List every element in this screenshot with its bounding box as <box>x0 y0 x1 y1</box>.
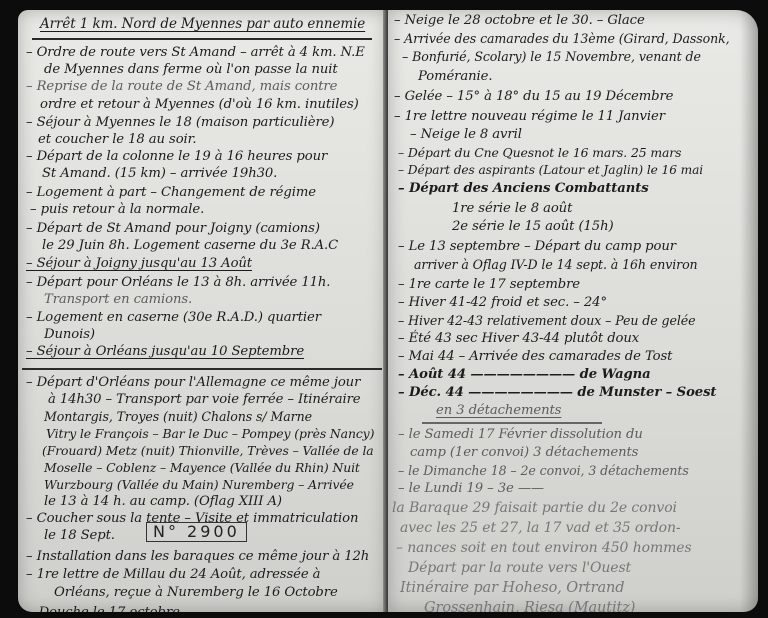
entry-line: de Myennes dans ferme où l'on passe la n… <box>44 61 338 78</box>
entry-line: Transport en camions. <box>44 291 192 308</box>
entry-line: et coucher le 18 au soir. <box>38 131 197 148</box>
entry-line: – le Dimanche 18 – 2e convoi, 3 détachem… <box>398 462 689 479</box>
notebook-spread: Arrêt 1 km. Nord de Myennes par auto enn… <box>0 0 768 618</box>
entry-line: Moselle – Coblenz – Mayence (Vallée du R… <box>44 459 360 476</box>
entry-line: Départ par la route vers l'Ouest <box>408 560 631 577</box>
entry-line: à 14h30 – Transport par voie ferrée – It… <box>48 391 361 408</box>
entry-line: Vitry le François – Bar le Duc – Pompey … <box>46 425 374 442</box>
entry-line: – Séjour à Joigny jusqu'au 13 Août <box>26 255 252 272</box>
entry-line: – Départ de la colonne le 19 à 16 heures… <box>26 148 327 165</box>
entry-line: 1re série le 8 août <box>452 200 572 217</box>
divider-rule <box>422 422 602 424</box>
entry-line: – Départ pour Orléans le 13 à 8h. arrivé… <box>26 274 330 291</box>
entry-line: – le Lundi 19 – 3e —— <box>398 480 544 497</box>
entry-line: Dunois) <box>44 326 95 343</box>
entry-line: – Départ du Cne Quesnot le 16 mars. 25 m… <box>398 144 681 161</box>
entry-line: ordre et retour à Myennes (d'où 16 km. i… <box>40 96 359 113</box>
entry-line: – puis retour à la normale. <box>30 201 204 218</box>
entry-line: Arrêt 1 km. Nord de Myennes par auto enn… <box>40 16 365 33</box>
entry-line: Itinéraire par Hoheso, Ortrand <box>400 580 624 597</box>
left-page-lines: Arrêt 1 km. Nord de Myennes par auto enn… <box>18 10 386 612</box>
divider-rule <box>22 368 382 370</box>
entry-line: – Logement en caserne (30e R.A.D.) quart… <box>26 309 321 326</box>
entry-line: St Amand. (15 km) – arrivée 19h30. <box>42 165 277 182</box>
entry-line: la Baraque 29 faisait partie du 2e convo… <box>392 500 677 517</box>
left-page: Arrêt 1 km. Nord de Myennes par auto enn… <box>18 10 386 612</box>
entry-line: – Logement à part – Changement de régime <box>26 184 316 201</box>
entry-line: – Gelée – 15° à 18° du 15 au 19 Décembre <box>394 88 673 105</box>
entry-line: Grossenhain, Riesa (Mautitz) <box>424 600 635 612</box>
entry-line: – Déc. 44 ———————— de Munster – Soest <box>398 384 716 401</box>
entry-line: – Ordre de route vers St Amand – arrêt à… <box>26 44 365 61</box>
right-page-lines: – Neige le 28 octobre et le 30. – Glace … <box>388 10 758 612</box>
entry-line: – Neige le 28 octobre et le 30. – Glace <box>394 12 645 29</box>
entry-line: – Départ d'Orléans pour l'Allemagne ce m… <box>26 374 360 391</box>
entry-line: camp (1er convoi) 3 détachements <box>410 444 638 461</box>
right-page: – Neige le 28 octobre et le 30. – Glace … <box>388 10 758 612</box>
entry-line: Orléans, reçue à Nuremberg le 16 Octobre <box>54 584 338 601</box>
entry-line: – Le 13 septembre – Départ du camp pour <box>398 238 676 255</box>
entry-line: Wurzbourg (Vallée du Main) Nuremberg – A… <box>44 476 354 493</box>
entry-line: – 1re lettre de Millau du 24 Août, adres… <box>26 566 320 583</box>
entry-line: le 29 Juin 8h. Logement caserne du 3e R.… <box>42 237 338 254</box>
entry-line: – Bonfurié, Scolary) le 15 Novembre, ven… <box>402 48 701 65</box>
entry-line: – Séjour à Myennes le 18 (maison particu… <box>26 114 334 131</box>
entry-line: – Août 44 ———————— de Wagna <box>398 366 651 383</box>
entry-line: – Mai 44 – Arrivée des camarades de Tost <box>398 348 672 365</box>
entry-line: – Hiver 42-43 relativement doux – Peu de… <box>398 312 695 329</box>
entry-line: – le Samedi 17 Février dissolution du <box>398 426 643 443</box>
entry-line: le 13 à 14 h. au camp. (Oflag XIII A) <box>44 493 282 510</box>
entry-line: – Installation dans les baraques ce même… <box>26 548 369 565</box>
entry-line: – Reprise de la route de St Amand, mais … <box>26 78 337 95</box>
entry-line: – Hiver 41-42 froid et sec. – 24° <box>398 294 607 311</box>
entry-line: avec les 25 et 27, la 17 vad et 35 ordon… <box>400 520 681 537</box>
entry-line: – Départ des aspirants (Latour et Jaglin… <box>398 162 703 179</box>
entry-line: – Douche le 17 octobre <box>28 604 180 612</box>
entry-line: Poméranie. <box>418 68 492 85</box>
entry-line: – Arrivée des camarades du 13ème (Girard… <box>394 30 730 47</box>
entry-line: – Neige le 8 avril <box>410 126 522 143</box>
entry-line: en 3 détachements <box>436 402 561 419</box>
divider-rule <box>32 38 372 40</box>
entry-line: – Séjour à Orléans jusqu'au 10 Septembre <box>26 343 304 360</box>
entry-line: – 1re lettre nouveau régime le 11 Janvie… <box>394 108 665 125</box>
entry-line: – Départ de St Amand pour Joigny (camion… <box>26 220 320 237</box>
entry-line: Montargis, Troyes (nuit) Chalons s/ Marn… <box>44 408 312 425</box>
entry-line: (Frouard) Metz (nuit) Thionville, Trèves… <box>42 442 374 459</box>
entry-line: – nances soit en tout environ 450 hommes <box>396 540 692 557</box>
entry-line: le 18 Sept. <box>44 527 115 544</box>
registration-number-stamp: N° 2900 <box>146 522 247 542</box>
entry-line: 2e série le 15 août (15h) <box>452 218 614 235</box>
entry-line: – Départ des Anciens Combattants <box>398 180 649 197</box>
entry-line: arriver à Oflag IV-D le 14 sept. à 16h e… <box>414 256 698 273</box>
entry-line: – Été 43 sec Hiver 43-44 plutôt doux <box>398 330 639 347</box>
entry-line: – 1re carte le 17 septembre <box>398 276 580 293</box>
